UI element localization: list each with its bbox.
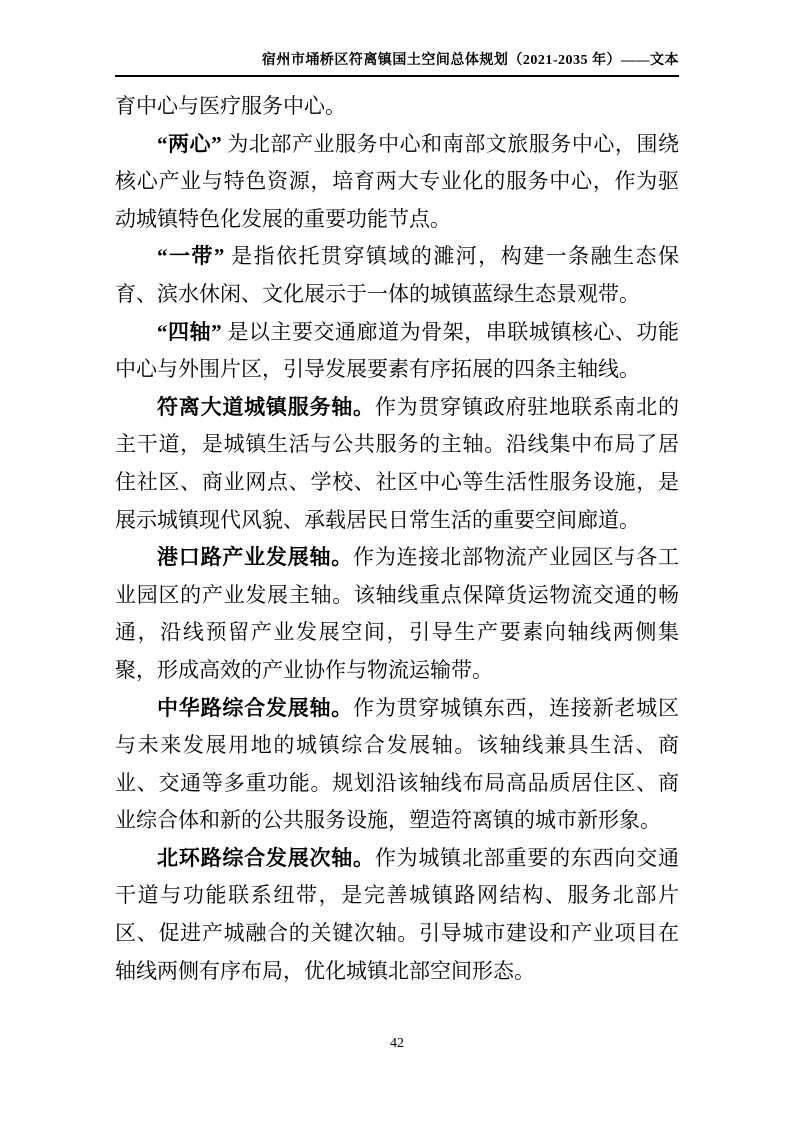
paragraph: 符离大道城镇服务轴。作为贯穿镇政府驻地联系南北的主干道，是城镇生活与公共服务的主…: [115, 389, 679, 539]
content-area: 宿州市埇桥区符离镇国土空间总体规划（2021-2035 年）——文本 育中心与医…: [115, 0, 679, 990]
document-page: 宿州市埇桥区符离镇国土空间总体规划（2021-2035 年）——文本 育中心与医…: [0, 0, 794, 1123]
paragraph: 北环路综合发展次轴。作为城镇北部重要的东西向交通干道与功能联系纽带，是完善城镇路…: [115, 840, 679, 990]
bold-text-run: 港口路产业发展轴。: [157, 545, 353, 569]
paragraph: 育中心与医疗服务中心。: [115, 88, 679, 126]
page-header: 宿州市埇桥区符离镇国土空间总体规划（2021-2035 年）——文本: [115, 0, 679, 77]
page-number: 42: [390, 1036, 404, 1051]
bold-text-run: “一带”: [157, 244, 224, 268]
header-title: 宿州市埇桥区符离镇国土空间总体规划（2021-2035 年）——文本: [115, 52, 679, 75]
bold-text-run: 中华路综合发展轴。: [157, 696, 353, 720]
paragraph: “四轴” 是以主要交通廊道为骨架，串联城镇核心、功能中心与外围片区，引导发展要素…: [115, 314, 679, 389]
document-body: 育中心与医疗服务中心。“两心” 为北部产业服务中心和南部文旅服务中心，围绕核心产…: [115, 88, 679, 990]
page-footer: 42: [0, 1036, 794, 1052]
bold-text-run: 符离大道城镇服务轴。: [157, 395, 375, 419]
bold-text-run: “四轴”: [157, 320, 222, 344]
paragraph: “两心” 为北部产业服务中心和南部文旅服务中心，围绕核心产业与特色资源，培育两大…: [115, 126, 679, 239]
header-rule: [115, 75, 679, 77]
bold-text-run: 北环路综合发展次轴。: [157, 846, 375, 870]
paragraph: “一带” 是指依托贯穿镇域的濉河，构建一条融生态保育、滨水休闲、文化展示于一体的…: [115, 238, 679, 313]
bold-text-run: “两心”: [157, 132, 222, 156]
paragraph: 中华路综合发展轴。作为贯穿城镇东西，连接新老城区与未来发展用地的城镇综合发展轴。…: [115, 690, 679, 840]
paragraph: 港口路产业发展轴。作为连接北部物流产业园区与各工业园区的产业发展主轴。该轴线重点…: [115, 539, 679, 689]
text-run: 育中心与医疗服务中心。: [115, 94, 346, 118]
